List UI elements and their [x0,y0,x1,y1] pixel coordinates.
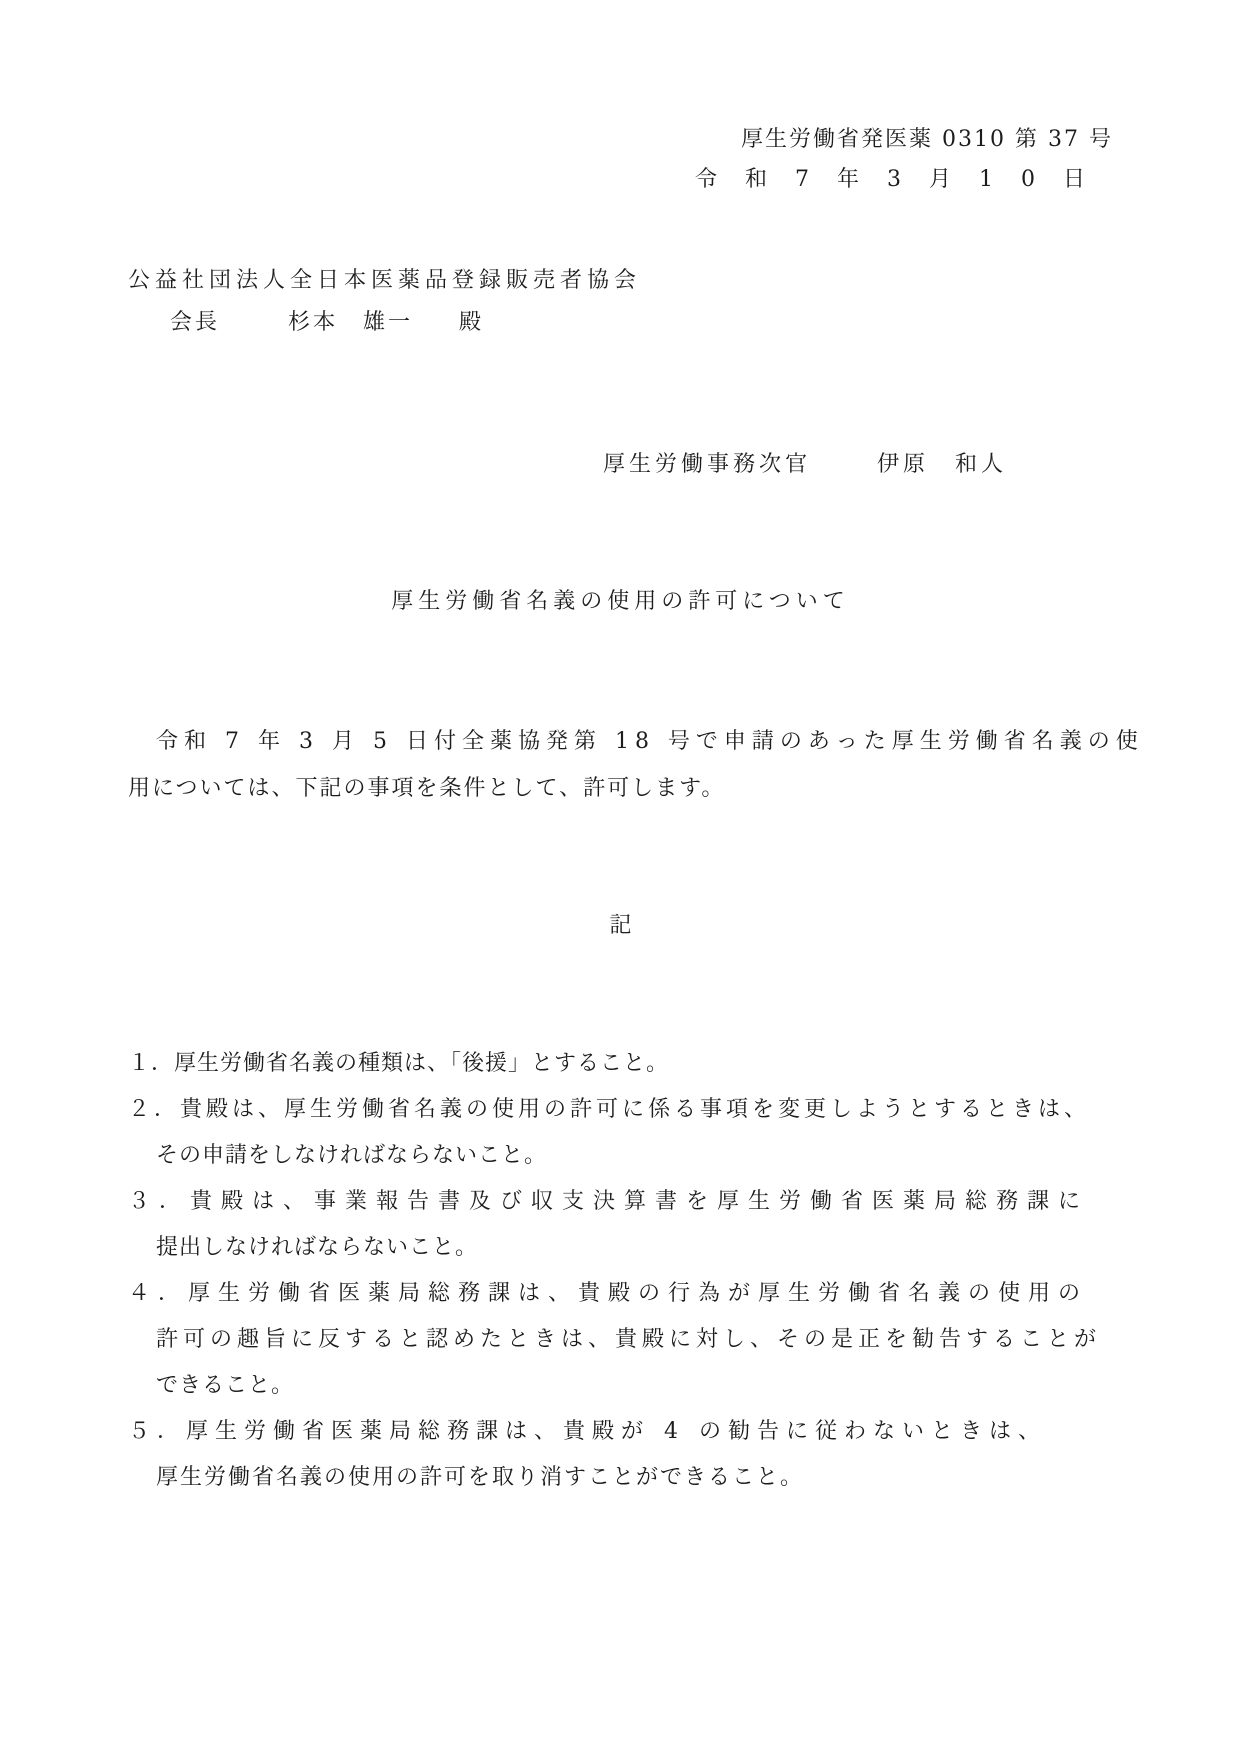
condition-3-line-1: ３．貴殿は、事業報告書及び収支決算書を厚生労働省医薬局総務課に [128,1179,1113,1225]
condition-4-line-2: 許可の趣旨に反すると認めたときは、貴殿に対し、その是正を勧告することが [128,1317,1113,1363]
addressee-organization: 公益社団法人全日本医薬品登録販売者協会 [128,260,1113,302]
document-page: 厚生労働省発医薬 0310 第 37 号 令和7年3月10日 公益社団法人全日本… [0,0,1241,1755]
record-marker: 記 [128,902,1113,949]
condition-2-line-1: ２．貴殿は、厚生労働省名義の使用の許可に係る事項を変更しようとするときは、 [128,1087,1113,1133]
recipient-honorific: 殿 [459,310,484,335]
condition-4-line-1: ４．厚生労働省医薬局総務課は、貴殿の行為が厚生労働省名義の使用の [128,1271,1113,1317]
sender-block: 厚生労働事務次官伊原 和人 [128,444,1113,486]
recipient-name: 杉本 雄一 [288,310,413,335]
body-paragraph: 令和 7 年 3 月 5 日付全薬協発第 18 号で申請のあった厚生労働省名義の… [128,718,1113,812]
document-header: 厚生労働省発医薬 0310 第 37 号 令和7年3月10日 [128,120,1113,200]
subject-title: 厚生労働省名義の使用の許可について [128,581,1113,623]
body-line: 用については、下記の事項を条件として、許可します。 [128,765,1113,812]
body-line: 令和 7 年 3 月 5 日付全薬協発第 18 号で申請のあった厚生労働省名義の… [128,718,1113,765]
condition-1-line-1: １．厚生労働省名義の種類は、「後援」とすること。 [128,1041,1113,1087]
document-date: 令和7年3月10日 [128,160,1113,200]
condition-5-line-2: 厚生労働省名義の使用の許可を取り消すことができること。 [128,1455,1113,1501]
sender-title: 厚生労働事務次官 [603,452,811,477]
recipient-role: 会長 [170,310,220,335]
condition-5-line-1: ５．厚生労働省医薬局総務課は、貴殿が 4 の勧告に従わないときは、 [128,1409,1113,1455]
conditions-list: １．厚生労働省名義の種類は、「後援」とすること。 ２．貴殿は、厚生労働省名義の使… [128,1041,1113,1501]
addressee-block: 公益社団法人全日本医薬品登録販売者協会 会長杉本 雄一殿 [128,260,1113,344]
document-number: 厚生労働省発医薬 0310 第 37 号 [128,120,1113,160]
condition-3-line-2: 提出しなければならないこと。 [128,1225,1113,1271]
sender-name: 伊原 和人 [877,452,1007,477]
addressee-recipient: 会長杉本 雄一殿 [128,302,1113,344]
condition-2-line-2: その申請をしなければならないこと。 [128,1133,1113,1179]
letter-content: 厚生労働省発医薬 0310 第 37 号 令和7年3月10日 公益社団法人全日本… [0,0,1241,1501]
condition-4-line-3: できること。 [128,1363,1113,1409]
